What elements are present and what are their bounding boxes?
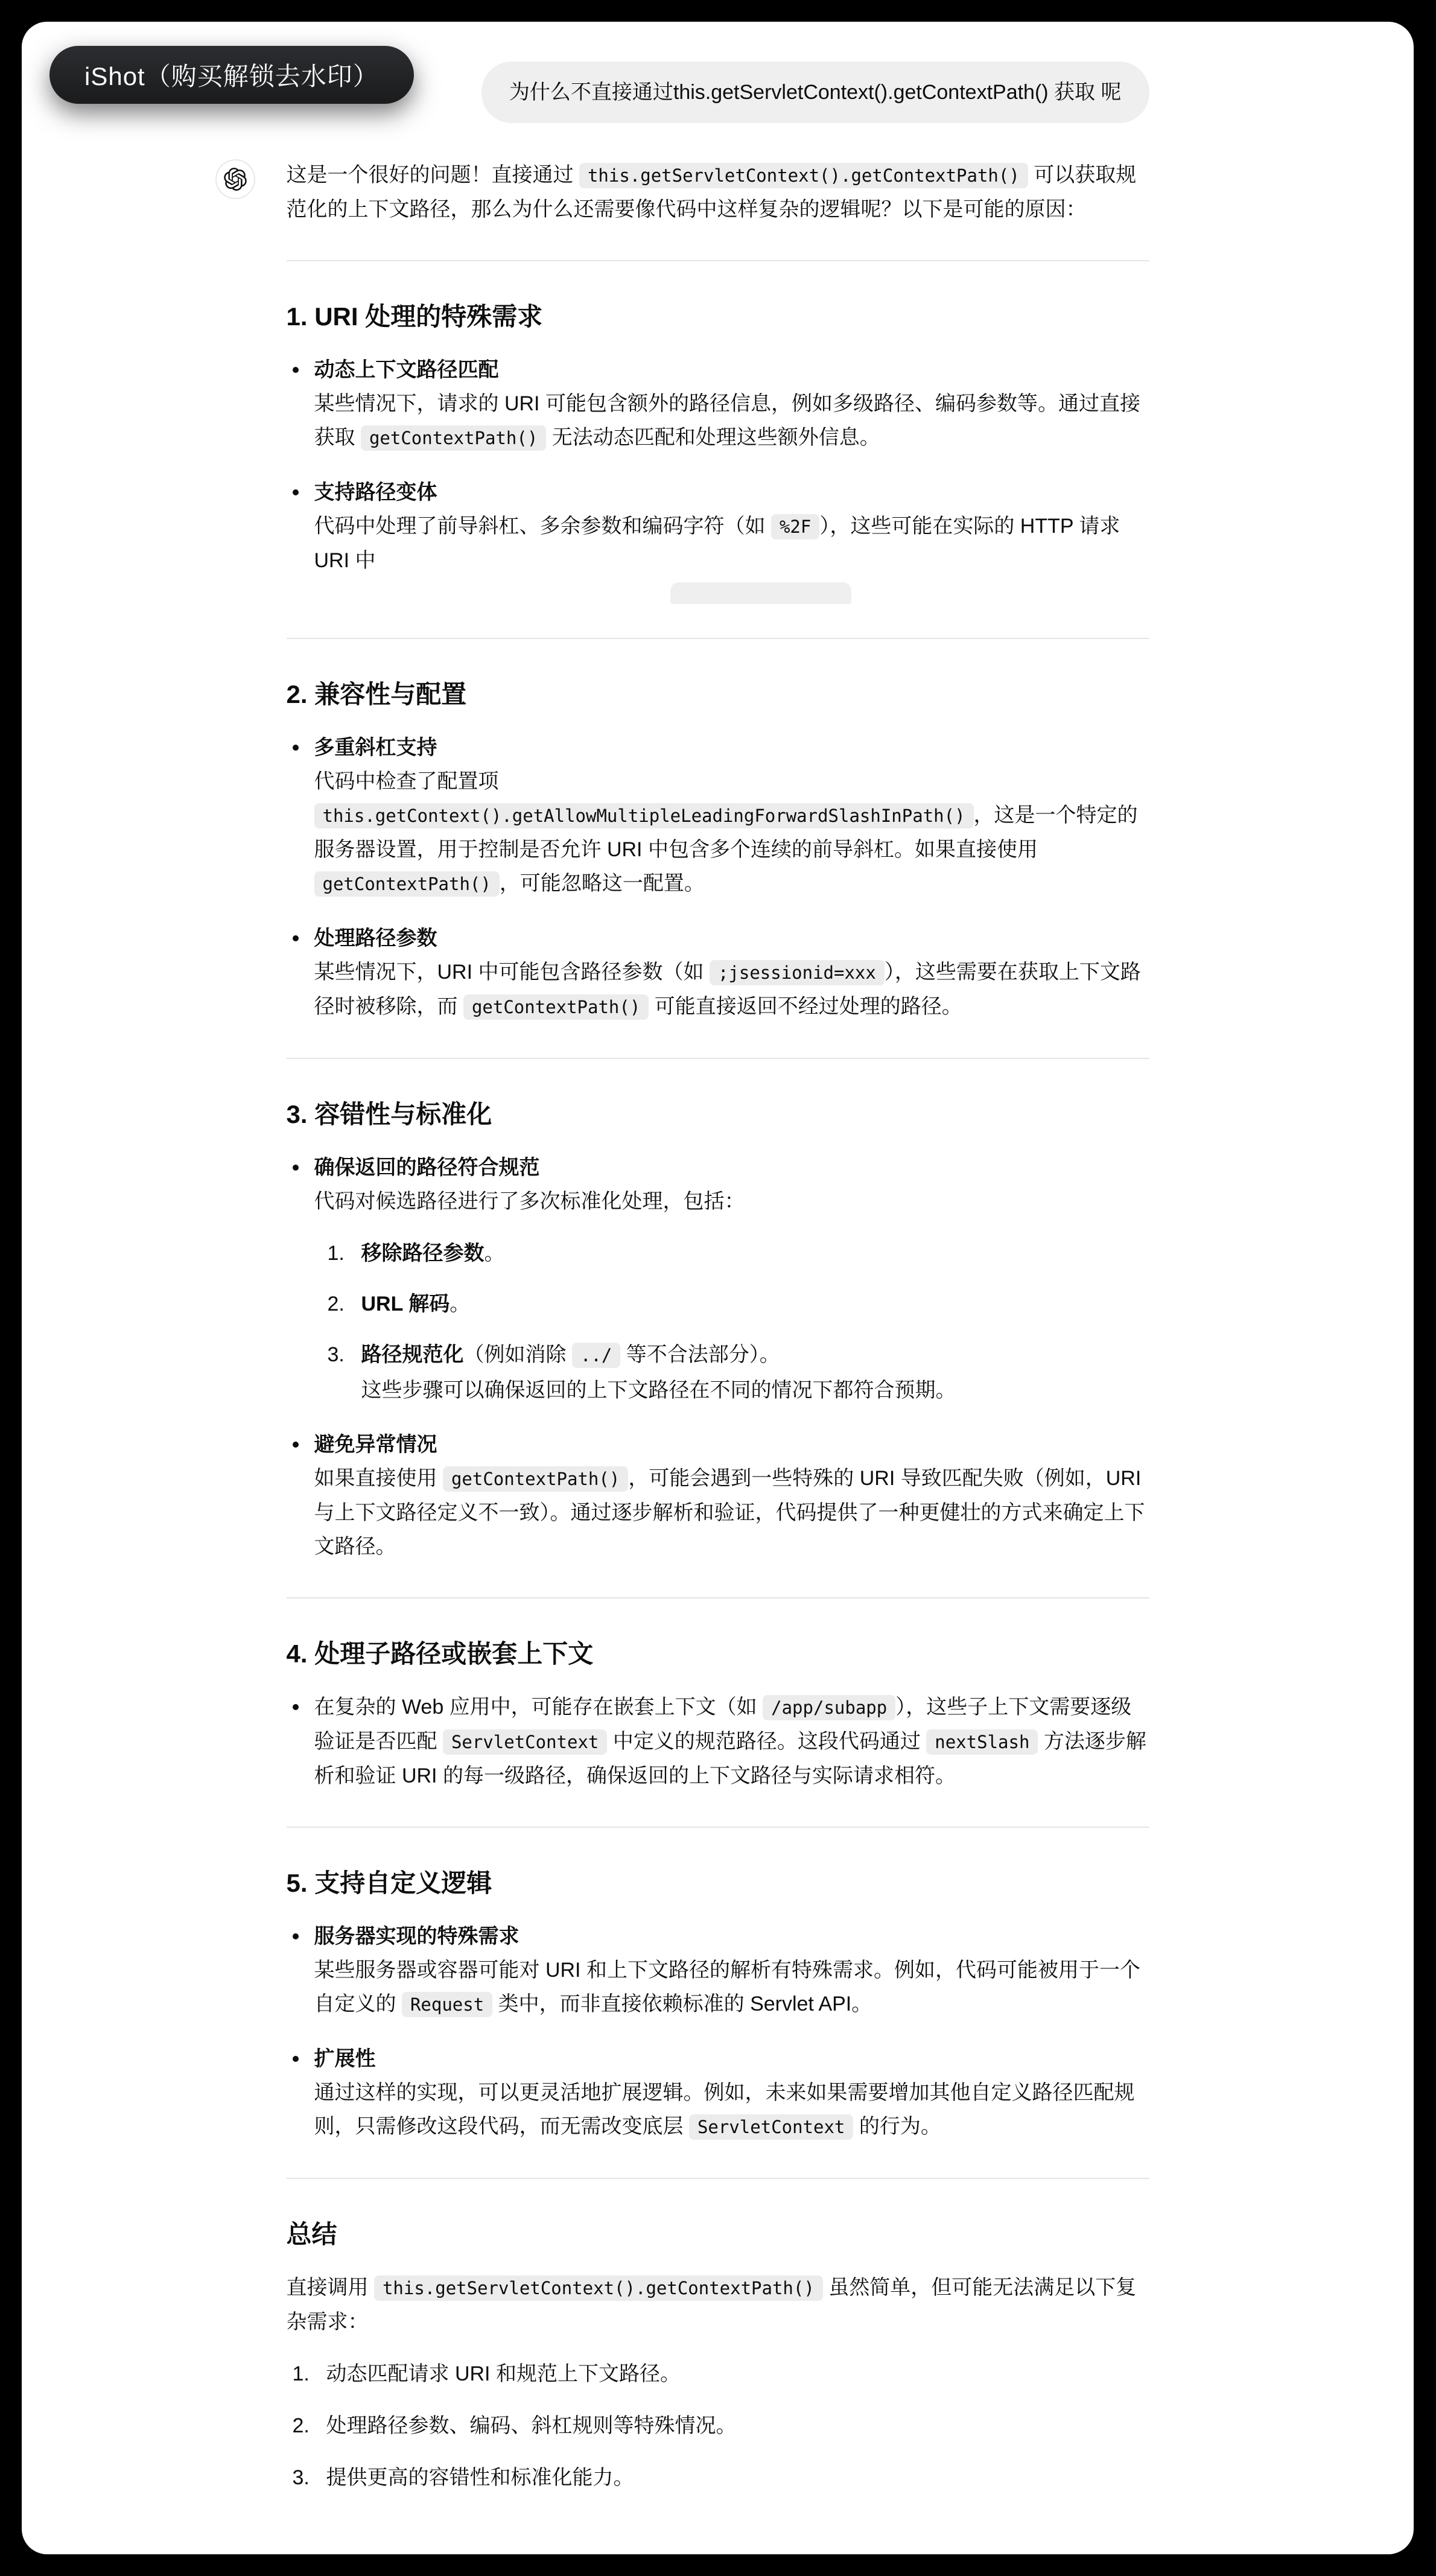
bullet-body: 某些服务器或容器可能对 URI 和上下文路径的解析有特殊需求。例如，代码可能被用… (314, 1959, 1140, 2015)
section-divider (287, 2178, 1149, 2179)
inline-code: nextSlash (926, 1729, 1038, 1755)
inline-code: this.getServletContext().getContextPath(… (579, 163, 1028, 188)
section-heading: 5. 支持自定义逻辑 (287, 1868, 1149, 1899)
bold-text: 移除路径参数 (361, 1242, 484, 1265)
ishot-watermark-button[interactable]: iShot（购买解锁去水印） (49, 46, 414, 104)
section-divider (287, 638, 1149, 639)
bullet-lead: 服务器实现的特殊需求 (314, 1919, 1149, 1953)
bullet-lead: 多重斜杠支持 (314, 731, 1149, 765)
numbered-item: 2.URL 解码。 (324, 1287, 1149, 1321)
bullet-list: 服务器实现的特殊需求某些服务器或容器可能对 URI 和上下文路径的解析有特殊需求… (287, 1919, 1149, 2144)
section-divider (287, 1827, 1149, 1828)
numbered-item: 3.提供更高的容错性和标准化能力。 (289, 2461, 1149, 2495)
user-message-bubble: 为什么不直接通过this.getServletContext().getCont… (481, 62, 1149, 123)
bullet-lead: 动态上下文路径匹配 (314, 353, 1149, 387)
section-divider (287, 1597, 1149, 1598)
bullet-lead: 扩展性 (314, 2042, 1149, 2076)
inline-code: getContextPath() (443, 1466, 628, 1492)
section-heading: 2. 兼容性与配置 (287, 679, 1149, 710)
bullet-lead: 支持路径变体 (314, 475, 1149, 509)
item-text: 动态匹配请求 URI 和规范上下文路径。 (326, 2362, 681, 2385)
item-number: 1. (328, 1236, 345, 1270)
conversation-thread: 为什么不直接通过this.getServletContext().getCont… (287, 22, 1149, 2495)
numbered-item: 2.处理路径参数、编码、斜杠规则等特殊情况。 (289, 2409, 1149, 2443)
bullet-lead: 处理路径参数 (314, 921, 1149, 955)
item-number: 2. (328, 1287, 345, 1321)
bullet-lead: 确保返回的路径符合规范 (314, 1151, 1149, 1185)
chat-window: 为什么不直接通过this.getServletContext().getCont… (22, 22, 1414, 2554)
bullet-list: 在复杂的 Web 应用中，可能存在嵌套上下文（如 /app/subapp），这些… (287, 1690, 1149, 1793)
item-text: 处理路径参数、编码、斜杠规则等特殊情况。 (326, 2414, 737, 2437)
bullet-item: 确保返回的路径符合规范代码对候选路径进行了多次标准化处理，包括：1.移除路径参数… (287, 1151, 1149, 1407)
inline-code: getContextPath() (463, 994, 649, 1020)
item-number: 1. (293, 2357, 310, 2391)
inline-code: %2F (771, 514, 819, 539)
bullet-body: 在复杂的 Web 应用中，可能存在嵌套上下文（如 /app/subapp），这些… (314, 1696, 1146, 1787)
bullet-list: 动态上下文路径匹配某些情况下，请求的 URI 可能包含额外的路径信息，例如多级路… (287, 353, 1149, 604)
section-heading: 3. 容错性与标准化 (287, 1099, 1149, 1130)
item-number: 3. (293, 2461, 310, 2495)
section-heading: 总结 (287, 2219, 1149, 2250)
bullet-body: 通过这样的实现，可以更灵活地扩展逻辑。例如，未来如果需要增加其他自定义路径匹配规… (314, 2081, 1135, 2138)
bullet-body: 如果直接使用 getContextPath()，可能会遇到一些特殊的 URI 导… (314, 1467, 1145, 1558)
section-divider (287, 260, 1149, 261)
item-number: 3. (328, 1338, 345, 1372)
bullet-body: 代码中检查了配置项 this.getContext().getAllowMult… (314, 770, 1138, 895)
user-message-row: 为什么不直接通过this.getServletContext().getCont… (287, 62, 1149, 123)
bullet-body: 代码中处理了前导斜杠、多余参数和编码字符（如 %2F），这些可能在实际的 HTT… (314, 515, 1120, 572)
assistant-message: 这是一个很好的问题！直接通过 this.getServletContext().… (287, 158, 1149, 2495)
bullet-item: 多重斜杠支持代码中检查了配置项 this.getContext().getAll… (287, 731, 1149, 901)
bold-text: 路径规范化 (361, 1343, 464, 1366)
assistant-paragraph: 这是一个很好的问题！直接通过 this.getServletContext().… (287, 158, 1149, 226)
bullet-item: 服务器实现的特殊需求某些服务器或容器可能对 URI 和上下文路径的解析有特殊需求… (287, 1919, 1149, 2021)
numbered-list: 1.移除路径参数。2.URL 解码。3.路径规范化（例如消除 ../ 等不合法部… (324, 1236, 1149, 1407)
bullet-lead: 避免异常情况 (314, 1428, 1149, 1461)
bullet-item: 处理路径参数某些情况下，URI 中可能包含路径参数（如 ;jsessionid=… (287, 921, 1149, 1024)
bullet-list: 多重斜杠支持代码中检查了配置项 this.getContext().getAll… (287, 731, 1149, 1024)
inline-code: ;jsessionid=xxx (710, 960, 885, 985)
bullet-item: 扩展性通过这样的实现，可以更灵活地扩展逻辑。例如，未来如果需要增加其他自定义路径… (287, 2042, 1149, 2144)
section-heading: 4. 处理子路径或嵌套上下文 (287, 1638, 1149, 1670)
inline-code: /app/subapp (763, 1695, 895, 1720)
bullet-item: 支持路径变体代码中处理了前导斜杠、多余参数和编码字符（如 %2F），这些可能在实… (287, 475, 1149, 604)
assistant-message-row: 这是一个很好的问题！直接通过 this.getServletContext().… (287, 158, 1149, 2495)
desktop-background: 为什么不直接通过this.getServletContext().getCont… (0, 0, 1436, 2576)
openai-logo-icon (224, 168, 247, 191)
assistant-paragraph: 直接调用 this.getServletContext().getContext… (287, 2271, 1149, 2339)
item-text: 移除路径参数。 (361, 1242, 505, 1265)
bold-text: URL 解码 (361, 1293, 450, 1315)
truncated-code-fragment (670, 582, 851, 604)
inline-code: this.getContext().getAllowMultipleLeadin… (314, 803, 974, 828)
bullet-body: 某些情况下，URI 中可能包含路径参数（如 ;jsessionid=xxx），这… (314, 961, 1141, 1018)
item-text: 路径规范化（例如消除 ../ 等不合法部分）。 (361, 1343, 780, 1366)
item-text: URL 解码。 (361, 1293, 471, 1315)
bullet-item: 动态上下文路径匹配某些情况下，请求的 URI 可能包含额外的路径信息，例如多级路… (287, 353, 1149, 455)
bullet-list: 确保返回的路径符合规范代码对候选路径进行了多次标准化处理，包括：1.移除路径参数… (287, 1151, 1149, 1563)
bullet-item: 在复杂的 Web 应用中，可能存在嵌套上下文（如 /app/subapp），这些… (287, 1690, 1149, 1793)
item-text: 提供更高的容错性和标准化能力。 (326, 2466, 634, 2489)
numbered-item: 1.移除路径参数。 (324, 1236, 1149, 1270)
numbered-item: 3.路径规范化（例如消除 ../ 等不合法部分）。这些步骤可以确保返回的上下文路… (324, 1338, 1149, 1407)
inline-code: ServletContext (443, 1729, 607, 1755)
section-heading: 1. URI 处理的特殊需求 (287, 301, 1149, 332)
inline-code: ../ (572, 1343, 620, 1368)
section-divider (287, 1058, 1149, 1059)
inline-code: getContextPath() (314, 871, 500, 897)
inline-code: this.getServletContext().getContextPath(… (374, 2275, 823, 2301)
inline-code: Request (402, 1992, 492, 2017)
bullet-body: 某些情况下，请求的 URI 可能包含额外的路径信息，例如多级路径、编码参数等。通… (314, 392, 1140, 449)
numbered-item: 1.动态匹配请求 URI 和规范上下文路径。 (289, 2357, 1149, 2391)
bullet-body: 代码对候选路径进行了多次标准化处理，包括： (314, 1190, 745, 1213)
inline-code: getContextPath() (361, 425, 546, 451)
bullet-item: 避免异常情况如果直接使用 getContextPath()，可能会遇到一些特殊的… (287, 1428, 1149, 1563)
numbered-list: 1.动态匹配请求 URI 和规范上下文路径。2.处理路径参数、编码、斜杠规则等特… (289, 2357, 1149, 2495)
item-continuation: 这些步骤可以确保返回的上下文路径在不同的情况下都符合预期。 (361, 1373, 1149, 1407)
item-number: 2. (293, 2409, 310, 2443)
assistant-avatar (215, 159, 255, 199)
inline-code: ServletContext (689, 2114, 853, 2140)
